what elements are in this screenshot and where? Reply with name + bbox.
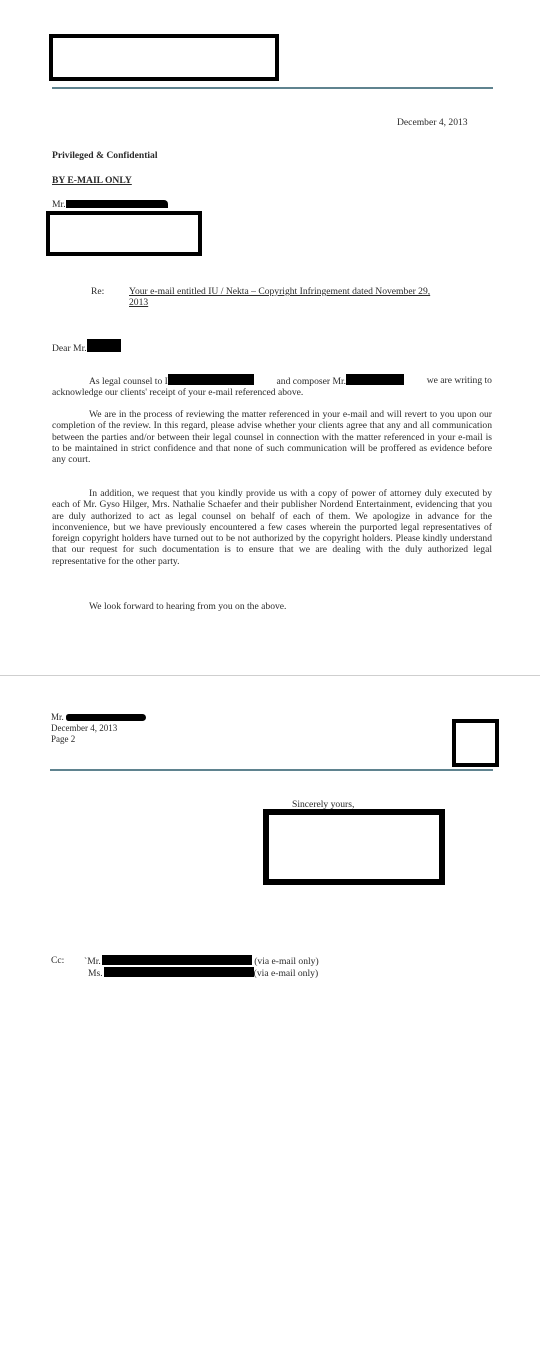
re-subject-line-2: 2013 — [129, 297, 148, 308]
paragraph-1: As legal counsel to I and composer Mr. w… — [52, 374, 492, 399]
cc-item: Ms.(via e-mail only) — [84, 967, 319, 979]
re-subject-line-1: Your e-mail entitled IU / Nekta – Copyri… — [129, 286, 430, 297]
redacted-salutation-name — [87, 339, 121, 352]
paragraph-1-part3: we are writing to — [427, 375, 492, 386]
delivery-method: BY E-MAIL ONLY — [52, 175, 132, 186]
addressee-prefix: Mr. — [52, 199, 66, 210]
redacted-cc-name — [104, 967, 254, 977]
paragraph-1-part2: and composer Mr. — [277, 376, 347, 387]
paragraph-3: In addition, we request that you kindly … — [52, 488, 492, 567]
cc-item-prefix: Ms. — [88, 968, 103, 979]
cc-item-prefix: `Mr. — [84, 956, 101, 967]
salutation-text: Dear Mr. — [52, 343, 87, 354]
redacted-page2-header-name — [66, 714, 146, 721]
page2-header-rule — [50, 769, 493, 771]
redacted-addressee-name — [66, 200, 168, 208]
paragraph-1-line2: acknowledge our clients' receipt of your… — [52, 387, 492, 398]
re-label: Re: — [91, 286, 104, 297]
paragraph-2: We are in the process of reviewing the m… — [52, 409, 492, 465]
page2-header-date: December 4, 2013 — [51, 723, 146, 734]
paragraph-4: We look forward to hearing from you on t… — [89, 601, 286, 612]
addressee-line: Mr. — [52, 199, 168, 210]
redacted-signature-block — [263, 809, 445, 885]
redacted-composer-name — [346, 374, 404, 385]
header-rule — [52, 87, 493, 89]
letter-date: December 4, 2013 — [397, 117, 468, 128]
page-separator — [0, 675, 540, 676]
cc-label: Cc: — [51, 955, 64, 966]
paragraph-1-part1: As legal counsel to I — [89, 376, 168, 387]
cc-item-suffix: (via e-mail only) — [254, 968, 318, 979]
privileged-label: Privileged & Confidential — [52, 150, 158, 161]
redacted-letterhead-logo — [49, 34, 279, 81]
redacted-page2-logo — [452, 719, 499, 767]
re-subject: Your e-mail entitled IU / Nekta – Copyri… — [129, 286, 430, 309]
cc-list: `Mr. (via e-mail only) Ms.(via e-mail on… — [84, 955, 319, 980]
cc-item: `Mr. (via e-mail only) — [84, 955, 319, 967]
page2-header-name-prefix: Mr. — [51, 712, 64, 722]
redacted-cc-name — [102, 955, 252, 965]
delivery-method-text: BY E-MAIL ONLY — [52, 175, 132, 186]
redacted-client-name — [168, 374, 254, 385]
cc-item-suffix: (via e-mail only) — [254, 956, 318, 967]
redacted-address-block — [46, 211, 202, 256]
salutation: Dear Mr. — [52, 339, 121, 354]
page2-header: Mr. December 4, 2013 Page 2 — [51, 712, 146, 744]
page2-header-page: Page 2 — [51, 734, 146, 745]
